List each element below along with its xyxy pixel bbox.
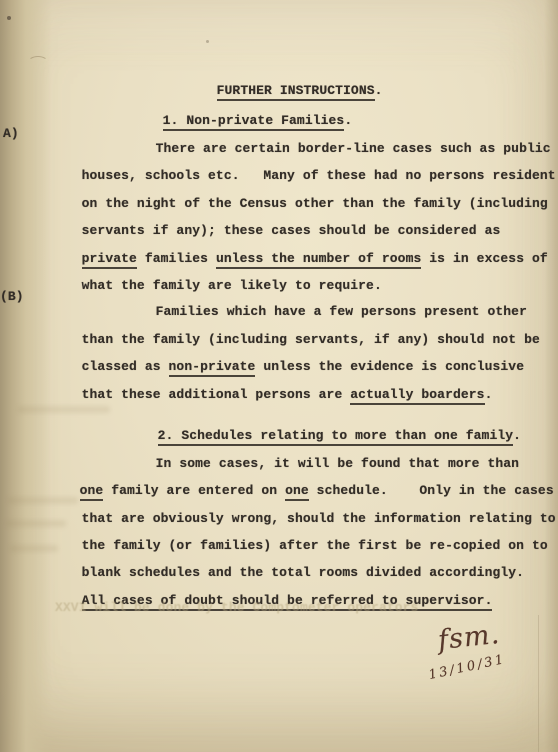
title-period: . — [375, 83, 383, 98]
margin-label-b: (B) — [0, 289, 24, 304]
underlined-text: actually boarders — [350, 387, 484, 405]
text-segment: . — [485, 387, 493, 402]
page-left-edge-shadow — [0, 0, 52, 752]
paper-crease — [538, 615, 539, 752]
handwritten-initials: fsm. — [437, 619, 502, 656]
text-segment: is in excess of — [421, 251, 547, 266]
scanned-document-page: FURTHER INSTRUCTIONS. 1. Non-private Fam… — [0, 0, 558, 752]
handwritten-date: 13/10/31 — [427, 652, 507, 683]
para-b-line-4: that these additional persons are actual… — [50, 372, 493, 417]
ink-speck — [7, 16, 11, 20]
pencil-smudge — [28, 56, 48, 68]
page-right-edge-shadow — [544, 0, 558, 752]
bleed-through-line: XXVI will be done by the Comptometer ope… — [55, 600, 418, 615]
margin-label-a: A) — [3, 126, 19, 141]
text-segment: that these additional persons are — [82, 387, 351, 402]
ink-speck — [206, 40, 209, 43]
